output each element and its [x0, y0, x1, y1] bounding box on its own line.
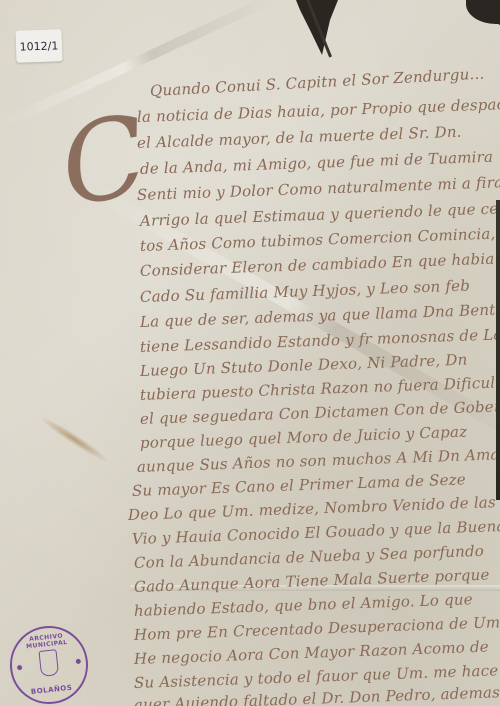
- text-line: Cado Su famillia Muy Hyjos, y Leo son fe…: [140, 276, 471, 306]
- text-line: de la Anda, mi Amigo, que fue mi de Tuam…: [140, 148, 494, 178]
- text-line: Senti mio y Dolor Como naturalmente mi a…: [137, 172, 500, 204]
- stamp-dot-icon: [17, 665, 22, 670]
- text-line: Quando Conui S. Capitn el Sor Zendurgu..…: [150, 64, 485, 99]
- text-line: el Alcalde mayor, de la muerte del Sr. D…: [137, 123, 462, 152]
- document-page: 1012/1 C Quando Conui S. Capitn el Sor Z…: [0, 0, 500, 706]
- paper-edge-shadow: [496, 200, 500, 500]
- text-line: Considerar Eleron de cambiado En que hab…: [140, 248, 500, 280]
- stamp-dot-icon: [76, 659, 81, 664]
- coat-of-arms-icon: [38, 649, 59, 677]
- text-line: Arrigo la quel Estimaua y queriendo le q…: [140, 198, 500, 230]
- text-line: la noticia de Dias hauia, por Propio que…: [137, 94, 500, 126]
- manuscript-text: Quando Conui S. Capitn el Sor Zendurgu..…: [0, 0, 500, 706]
